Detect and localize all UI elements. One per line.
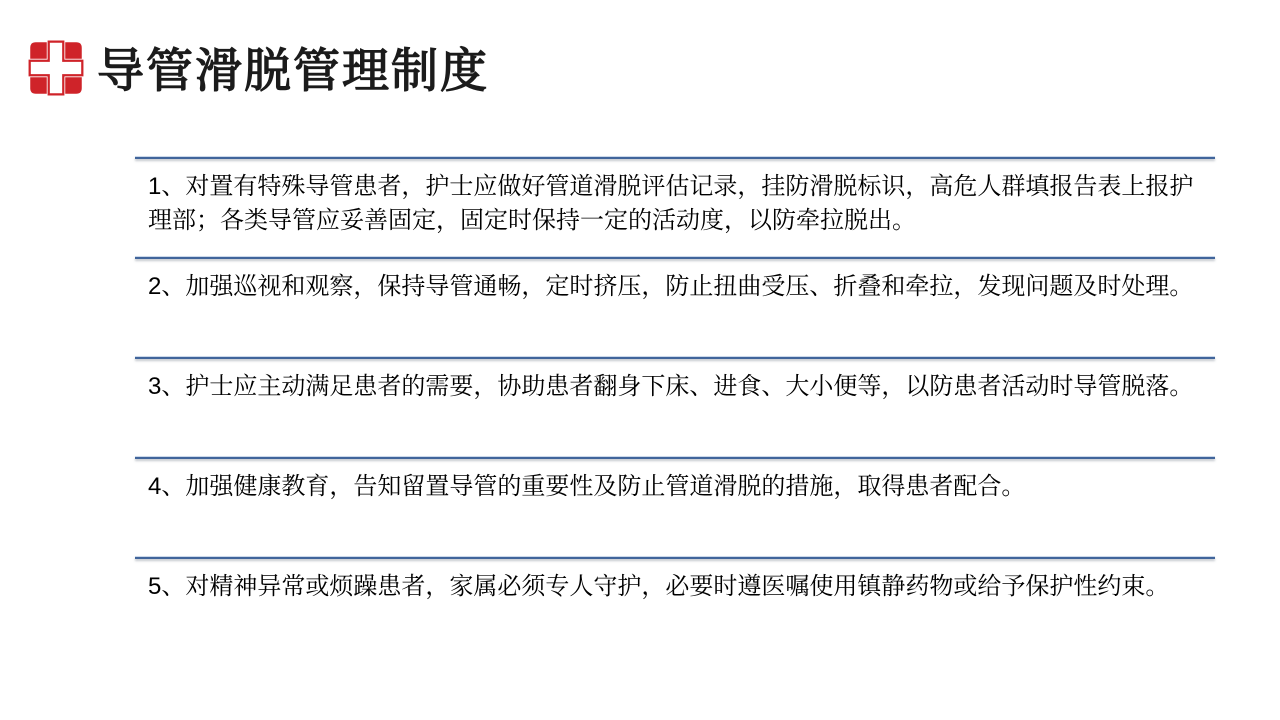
slide-header: 导管滑脱管理制度 xyxy=(28,34,489,101)
rule-text: 1、对置有特殊导管患者，护士应做好管道滑脱评估记录，挂防滑脱标识，高危人群填报告… xyxy=(148,170,1207,238)
table-row: 3、护士应主动满足患者的需要，协助患者翻身下床、进食、大小便等，以防患者活动时导… xyxy=(135,359,1215,456)
rule-text: 3、护士应主动满足患者的需要，协助患者翻身下床、进食、大小便等，以防患者活动时导… xyxy=(148,370,1207,404)
rule-text: 5、对精神异常或烦躁患者，家属必须专人守护，必要时遵医嘱使用镇静药物或给予保护性… xyxy=(148,570,1207,604)
rules-table: 1、对置有特殊导管患者，护士应做好管道滑脱评估记录，挂防滑脱标识，高危人群填报告… xyxy=(135,156,1215,619)
rule-text: 4、加强健康教育，告知留置导管的重要性及防止管道滑脱的措施，取得患者配合。 xyxy=(148,470,1207,504)
table-row: 1、对置有特殊导管患者，护士应做好管道滑脱评估记录，挂防滑脱标识，高危人群填报告… xyxy=(135,159,1215,256)
table-row: 4、加强健康教育，告知留置导管的重要性及防止管道滑脱的措施，取得患者配合。 xyxy=(135,459,1215,556)
slide: 导管滑脱管理制度 1、对置有特殊导管患者，护士应做好管道滑脱评估记录，挂防滑脱标… xyxy=(0,0,1280,720)
rule-text: 2、加强巡视和观察，保持导管通畅，定时挤压，防止扭曲受压、折叠和牵拉，发现问题及… xyxy=(148,270,1207,304)
hospital-cross-icon xyxy=(28,39,84,97)
page-title: 导管滑脱管理制度 xyxy=(97,34,489,101)
table-row: 2、加强巡视和观察，保持导管通畅，定时挤压，防止扭曲受压、折叠和牵拉，发现问题及… xyxy=(135,259,1215,356)
table-row: 5、对精神异常或烦躁患者，家属必须专人守护，必要时遵医嘱使用镇静药物或给予保护性… xyxy=(135,559,1215,619)
